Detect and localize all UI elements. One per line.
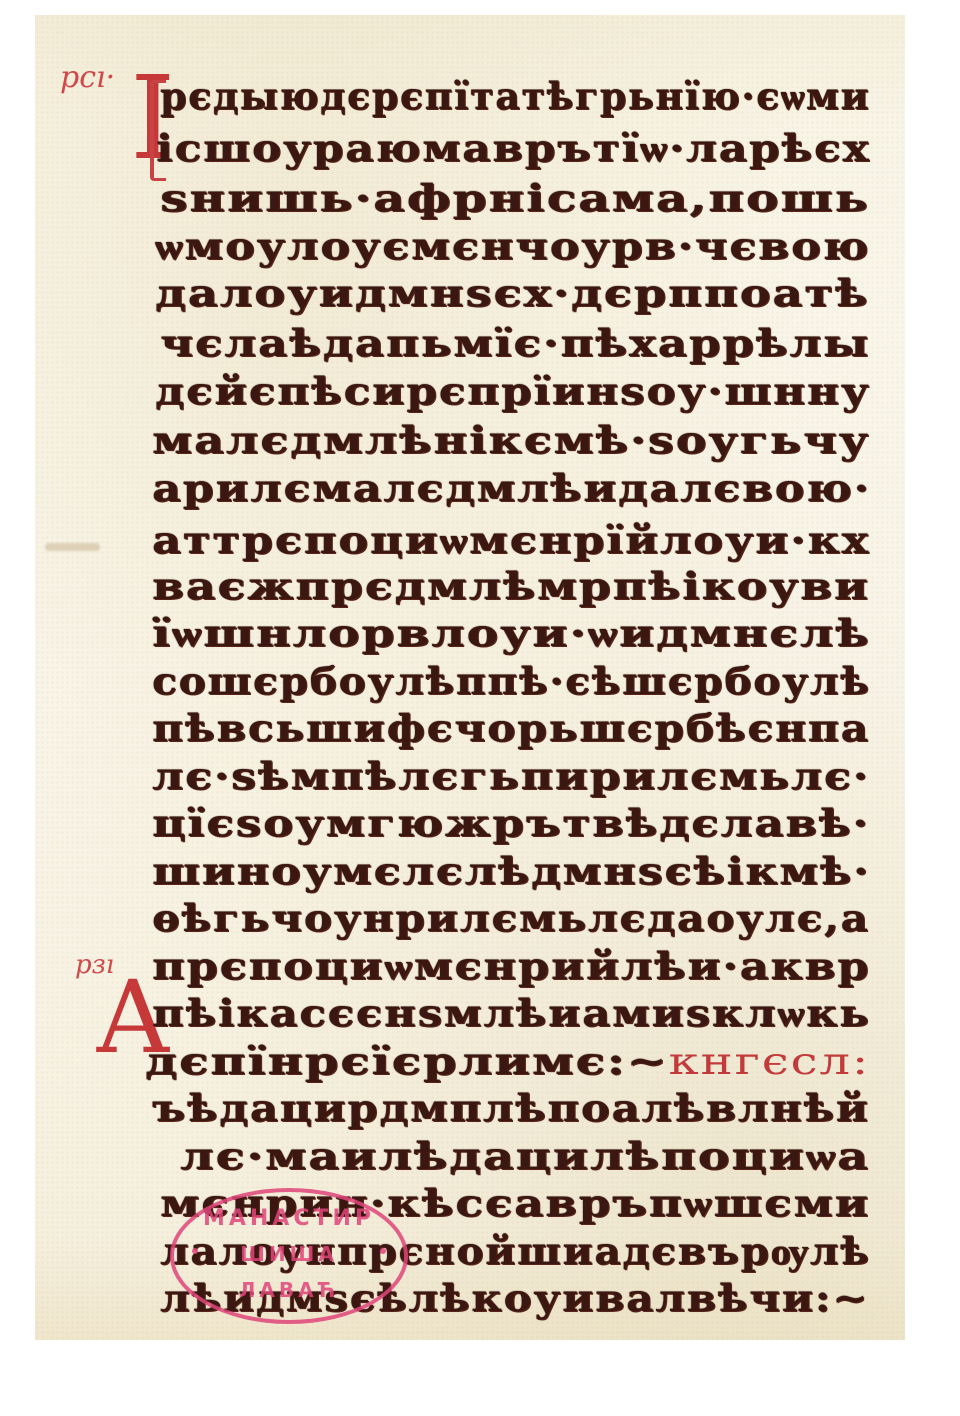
text-line: ѳѣгьчоунрилємьлєдаоулє,а [152, 892, 870, 944]
text-line: цїєѕоумгюжрътвѣдєлавѣ· [152, 797, 870, 849]
text-line: далоуидмнѕєх·дєрппоатѣ [155, 267, 869, 319]
text-line: рєдыюдєрєпїтатѣгрьнїю·єѡми [160, 70, 870, 122]
text-line: ѕнишь·афрнісама,пошь [160, 172, 870, 224]
stamp-middle-text: ШИША [174, 1242, 404, 1266]
text-line: ъѣдацирдмплѣпоалѣвлнѣй [152, 1082, 870, 1134]
margin-note-top: рсı· [60, 60, 115, 95]
margin-smudge [45, 543, 100, 551]
text-line-rubricated: дєпїнрєїєрлимє:~кнгєсл: [145, 1035, 870, 1087]
text-line: лє·маилѣдацилѣпоциѡа [180, 1130, 870, 1182]
text-line: їѡшнлорвлоуи·ѡидмнєлѣ [152, 607, 870, 659]
text-line: дєйєпѣсирєпрїинѕоу·шнну [155, 365, 871, 417]
text-line: прєпоциѡмєнрийлѣи·аквр [152, 940, 870, 992]
text-line: арилємалєдмлѣидалєвою· [152, 462, 871, 514]
stamp-bottom-text: ЛАВАЋ [174, 1278, 404, 1302]
text-line: пѣікасєєнѕмлѣиамиѕклѡкь [152, 987, 870, 1039]
text-line: малєдмлѣнікємѣ·ѕоугьчу [152, 414, 870, 466]
stamp-dot [380, 1248, 386, 1254]
text-line: сошєрбоулѣппѣ·єѣшєрбоулѣ [152, 655, 871, 707]
rubric-line-ink: дєпїнрєїєрлимє:~ [145, 1039, 669, 1083]
text-line: ѡмоулоуємєнчоурв·чєвою [155, 220, 870, 272]
text-line: ісшоураюмаврътїѡ·ларѣєх [156, 122, 870, 174]
text-line: ваєжпрєдмлѣмрпѣікоуви [152, 560, 870, 612]
rubric-red-text: кнгєсл: [669, 1040, 870, 1083]
stamp-top-text: МАНАСТИР [174, 1206, 404, 1231]
text-line: аттрєпоциѡмєнрїйлоуи·кх [152, 514, 870, 566]
text-line: пѣвсьшифєчорьшєрбѣєнпа [152, 702, 870, 754]
text-line: шиноумєлєлѣдмнѕєѣікмѣ· [152, 845, 870, 897]
text-line: лє·ѕѣмпѣлєгьпирилємьлє· [152, 750, 870, 802]
text-line: чєлаѣдапьмїє·пѣхаррѣлы [160, 317, 870, 369]
library-stamp: МАНАСТИР ШИША ЛАВАЋ [170, 1188, 408, 1324]
